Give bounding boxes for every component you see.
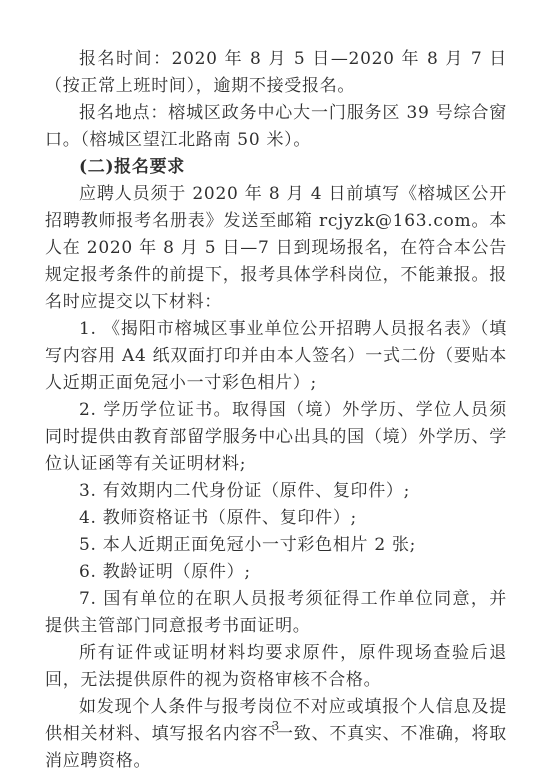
- document-page: 报名时间：2020 年 8 月 5 日—2020 年 8 月 7 日（按正常上班…: [0, 0, 551, 778]
- paragraph: 报名时间：2020 年 8 月 5 日—2020 年 8 月 7 日（按正常上班…: [45, 46, 507, 100]
- paragraph: 7. 国有单位的在职人员报考须征得工作单位同意，并提供主管部门同意报考书面证明。: [45, 586, 507, 640]
- paragraph: 所有证件或证明材料均要求原件，原件现场查验后退回，无法提供原件的视为资格审核不合…: [45, 640, 507, 694]
- section-heading: (二)报名要求: [45, 154, 507, 181]
- paragraph: 2. 学历学位证书。取得国（境）外学历、学位人员须同时提供由教育部留学服务中心出…: [45, 397, 507, 478]
- page-number: 3: [0, 719, 551, 733]
- paragraph: 5. 本人近期正面免冠小一寸彩色相片 2 张;: [45, 532, 507, 559]
- paragraph: 3. 有效期内二代身份证（原件、复印件）;: [45, 478, 507, 505]
- paragraph: 应聘人员须于 2020 年 8 月 4 日前填写《榕城区公开招聘教师报考名册表》…: [45, 181, 507, 316]
- paragraph: 6. 教龄证明（原件）;: [45, 559, 507, 586]
- paragraph: 1. 《揭阳市榕城区事业单位公开招聘人员报名表》（填写内容用 A4 纸双面打印并…: [45, 316, 507, 397]
- document-body: 报名时间：2020 年 8 月 5 日—2020 年 8 月 7 日（按正常上班…: [45, 46, 507, 775]
- paragraph: 如发现个人条件与报考岗位不对应或填报个人信息及提供相关材料、填写报名内容不一致、…: [45, 694, 507, 775]
- paragraph: 报名地点：榕城区政务中心大一门服务区 39 号综合窗口。（榕城区望江北路南 50…: [45, 100, 507, 154]
- paragraph: 4. 教师资格证书（原件、复印件）;: [45, 505, 507, 532]
